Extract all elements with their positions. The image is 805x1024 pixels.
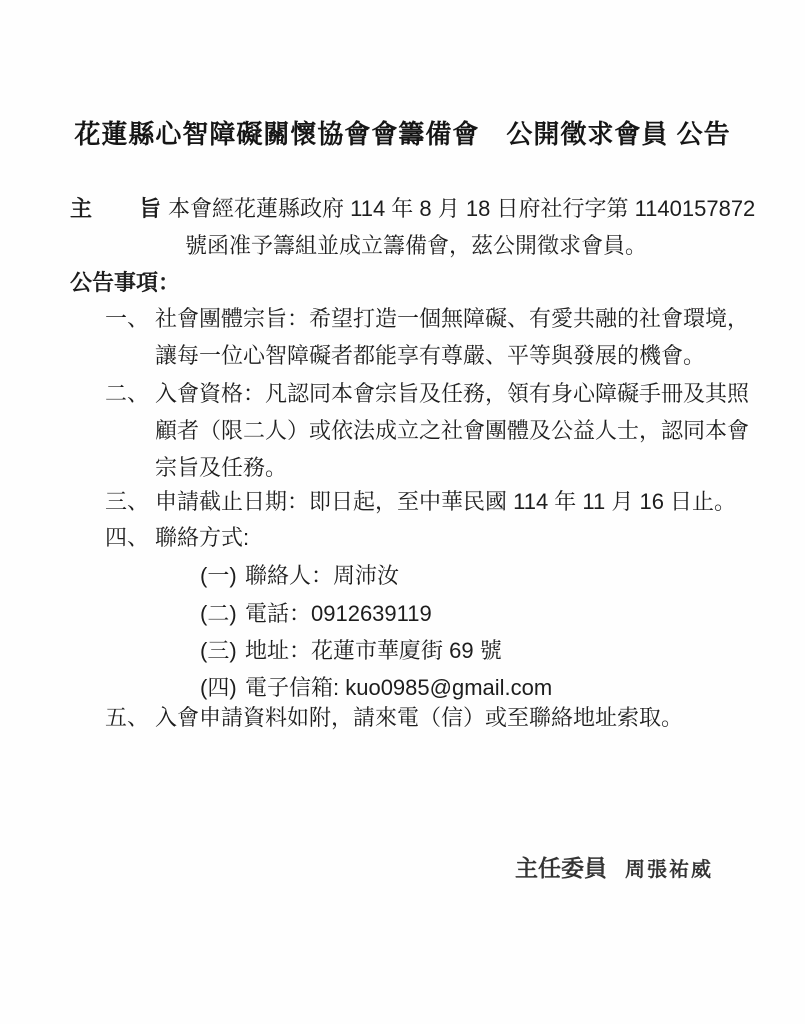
contact-2-number: (二) (200, 595, 245, 632)
item-5-line-1: 入會申請資料如附，請來電（信）或至聯絡地址索取。 (155, 699, 755, 736)
signature-role: 主任委員 (515, 850, 607, 887)
contact-1-number: (一) (200, 557, 245, 594)
subject-text: 本會經花蓮縣政府 114 年 8 月 18 日府社行字第 1140157872 … (185, 190, 760, 264)
item-2-line-2: 顧者（限二人）或依法成立之社會團體及公益人士，認同本會 (155, 412, 755, 449)
subject-section: 主 旨 本會經花蓮縣政府 114 年 8 月 18 日府社行字第 1140157… (0, 190, 805, 264)
item-3-number: 三、 (105, 483, 155, 520)
item-1-number: 一、 (105, 300, 155, 374)
item-1-text: 社會團體宗旨：希望打造一個無障礙、有愛共融的社會環境， 讓每一位心智障礙者都能享… (155, 300, 755, 374)
item-4-line-1: 聯絡方式: (155, 519, 755, 556)
item-2-line-1: 入會資格：凡認同本會宗旨及任務，領有身心障礙手冊及其照 (155, 375, 755, 412)
contact-line-phone: (二) 電話：0912639119 (200, 595, 432, 632)
contact-phone: 電話：0912639119 (245, 595, 432, 632)
item-5-number: 五、 (105, 699, 155, 736)
item-4-number: 四、 (105, 519, 155, 556)
announcement-item-1: 一、 社會團體宗旨：希望打造一個無障礙、有愛共融的社會環境， 讓每一位心智障礙者… (105, 300, 755, 374)
subject-label-right: 旨 (139, 190, 161, 227)
announcement-item-3: 三、 申請截止日期：即日起，至中華民國 114 年 11 月 16 日止。 (105, 483, 755, 520)
signature-name: 周張祐威 (625, 852, 713, 889)
item-1-line-1: 社會團體宗旨：希望打造一個無障礙、有愛共融的社會環境， (155, 300, 755, 337)
subject-line-2: 號函准予籌組並成立籌備會，茲公開徵求會員。 (185, 227, 760, 264)
subject-line-1: 本會經花蓮縣政府 114 年 8 月 18 日府社行字第 1140157872 (185, 190, 760, 227)
item-2-line-3: 宗旨及任務。 (155, 449, 755, 486)
announcement-item-2: 二、 入會資格：凡認同本會宗旨及任務，領有身心障礙手冊及其照 顧者（限二人）或依… (105, 375, 755, 486)
item-2-text: 入會資格：凡認同本會宗旨及任務，領有身心障礙手冊及其照 顧者（限二人）或依法成立… (155, 375, 755, 486)
subject-label-left: 主 (70, 190, 92, 227)
item-3-line-1: 申請截止日期：即日起，至中華民國 114 年 11 月 16 日止。 (155, 483, 755, 520)
contact-line-address: (三) 地址：花蓮市華廈街 69 號 (200, 632, 502, 669)
item-4-text: 聯絡方式: (155, 519, 755, 556)
contact-3-number: (三) (200, 632, 245, 669)
contact-person: 聯絡人：周沛汝 (245, 557, 399, 594)
announcement-item-4: 四、 聯絡方式: (105, 519, 755, 556)
document-page: 花蓮縣心智障礙關懷協會會籌備會 公開徵求會員 公告 主 旨 本會經花蓮縣政府 1… (0, 0, 805, 1024)
item-1-line-2: 讓每一位心智障礙者都能享有尊嚴、平等與發展的機會。 (155, 337, 755, 374)
contact-address: 地址：花蓮市華廈街 69 號 (245, 632, 502, 669)
item-5-text: 入會申請資料如附，請來電（信）或至聯絡地址索取。 (155, 699, 755, 736)
announcement-item-5: 五、 入會申請資料如附，請來電（信）或至聯絡地址索取。 (105, 699, 755, 736)
page-title: 花蓮縣心智障礙關懷協會會籌備會 公開徵求會員 公告 (0, 117, 805, 151)
announcement-heading: 公告事項： (70, 264, 180, 301)
signature-block: 主任委員 周張祐威 (515, 850, 713, 889)
contact-line-person: (一) 聯絡人：周沛汝 (200, 557, 399, 594)
item-3-text: 申請截止日期：即日起，至中華民國 114 年 11 月 16 日止。 (155, 483, 755, 520)
item-2-number: 二、 (105, 375, 155, 486)
